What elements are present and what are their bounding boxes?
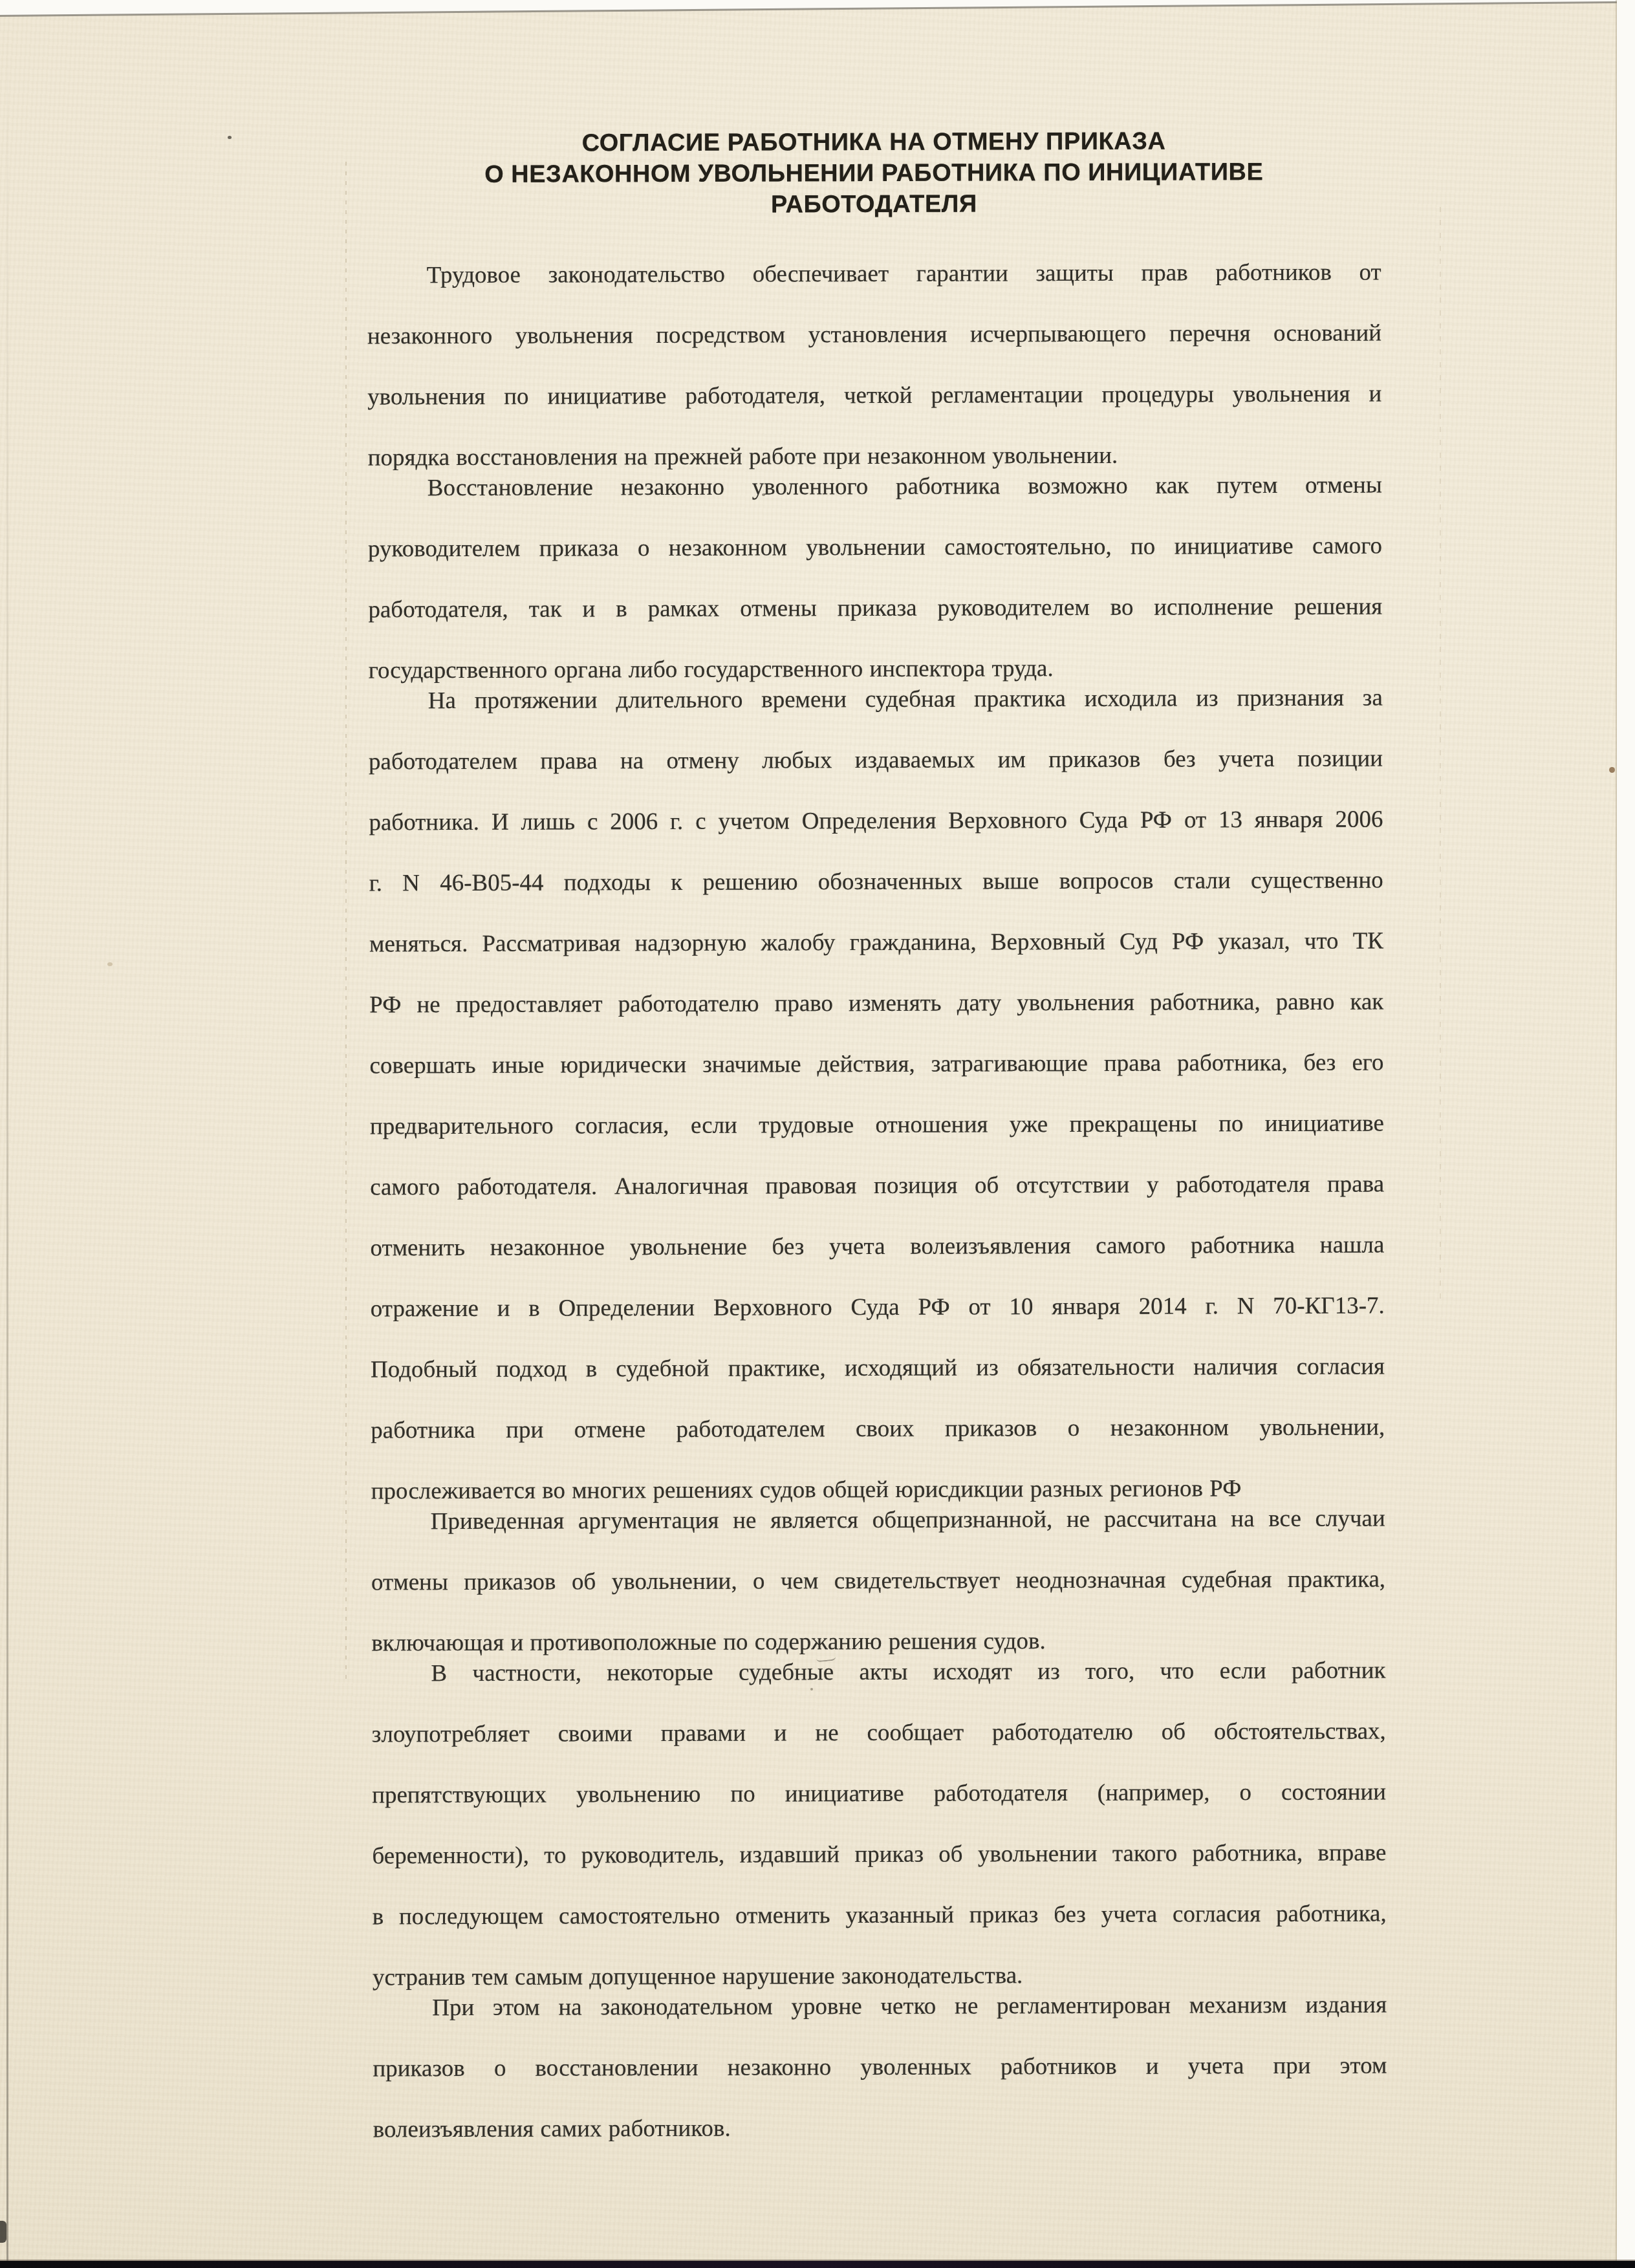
text-line: Восстановление незаконно уволенного рабо… xyxy=(368,470,1382,534)
document-content: СОГЛАСИЕ РАБОТНИКА НА ОТМЕНУ ПРИКАЗА О Н… xyxy=(367,125,1387,2145)
paper-left-edge-line xyxy=(6,0,8,2268)
text-line: На протяжении длительного времени судебн… xyxy=(369,683,1383,747)
text-line: предварительного согласия, если трудовые… xyxy=(370,1108,1384,1172)
text-line: г. N 46-В05-44 подходы к решению обознач… xyxy=(369,865,1383,929)
text-line: работодателя, так и в рамках отмены прик… xyxy=(368,592,1382,656)
text-line: меняться. Рассматривая надзорную жалобу … xyxy=(369,926,1383,990)
text-line: Трудовое законодательство обеспечивает г… xyxy=(367,257,1381,321)
text-line: порядка восстановления на прежней работе… xyxy=(368,440,1382,473)
paragraph-1: Трудовое законодательство обеспечивает г… xyxy=(367,257,1382,473)
text-line: волеизъявления самих работников. xyxy=(373,2111,1387,2145)
document-body: Трудовое законодательство обеспечивает г… xyxy=(367,257,1387,2145)
text-line: отмены приказов об увольнении, о чем сви… xyxy=(371,1564,1385,1628)
scan-edge-right xyxy=(1616,0,1635,2268)
text-line: Подобный подход в судебной практике, исх… xyxy=(371,1352,1385,1416)
paragraph-5: В частности, некоторые судебные акты исх… xyxy=(371,1656,1387,1993)
scanned-page: { "page": { "title_lines": [ "СОГЛАСИЕ Р… xyxy=(0,0,1635,2268)
paragraph-2: Восстановление незаконно уволенного рабо… xyxy=(368,470,1383,686)
text-line: включающая и противоположные по содержан… xyxy=(371,1625,1385,1659)
text-line: отражение и в Определении Верховного Суд… xyxy=(371,1291,1385,1355)
text-line: незаконного увольнения посредством устан… xyxy=(367,318,1381,382)
scan-artifact-left xyxy=(0,2221,6,2243)
text-line: самого работодателя. Аналогичная правова… xyxy=(370,1169,1384,1233)
paragraph-4: Приведенная аргументация не является общ… xyxy=(371,1504,1386,1659)
scan-edge-bottom xyxy=(0,2261,1635,2268)
paragraph-6: При этом на законодательном уровне четко… xyxy=(373,1990,1387,2145)
text-line: руководителем приказа о незаконном уволь… xyxy=(368,531,1382,595)
title-line-1: СОГЛАСИЕ РАБОТНИКА НА ОТМЕНУ ПРИКАЗА xyxy=(367,125,1381,160)
text-line: злоупотребляет своими правами и не сообщ… xyxy=(372,1716,1386,1780)
text-line: При этом на законодательном уровне четко… xyxy=(373,1990,1387,2054)
paper-crease xyxy=(1440,207,1441,1306)
title-line-2: О НЕЗАКОННОМ УВОЛЬНЕНИИ РАБОТНИКА ПО ИНИ… xyxy=(367,157,1381,191)
text-line: беременности), то руководитель, издавший… xyxy=(372,1838,1386,1902)
text-line: совершать иные юридически значимые дейст… xyxy=(369,1048,1383,1112)
text-line: РФ не предоставляет работодателю право и… xyxy=(369,987,1383,1051)
paper-crease xyxy=(345,162,347,1681)
text-line: прослеживается во многих решениях судов … xyxy=(371,1473,1385,1507)
text-line: государственного органа либо государстве… xyxy=(369,653,1383,686)
title-line-3: РАБОТОДАТЕЛЯ xyxy=(367,188,1381,222)
text-line: работодателем права на отмену любых изда… xyxy=(369,744,1383,808)
text-line: отменить незаконное увольнение без учета… xyxy=(370,1230,1384,1294)
document-title: СОГЛАСИЕ РАБОТНИКА НА ОТМЕНУ ПРИКАЗА О Н… xyxy=(367,125,1381,222)
text-line: приказов о восстановлении незаконно увол… xyxy=(373,2051,1387,2115)
paper-speck xyxy=(1609,767,1615,773)
text-line: препятствующих увольнению по инициативе … xyxy=(372,1777,1386,1841)
text-line: устранив тем самым допущенное нарушение … xyxy=(373,1960,1387,1993)
text-line: увольнения по инициативе работодателя, ч… xyxy=(367,379,1381,443)
text-line: В частности, некоторые судебные акты исх… xyxy=(371,1656,1385,1720)
paper-speck xyxy=(107,962,113,966)
text-line: работника при отмене работодателем своих… xyxy=(371,1412,1385,1476)
text-line: работника. И лишь с 2006 г. с учетом Опр… xyxy=(369,805,1383,869)
text-line: в последующем самостоятельно отменить ук… xyxy=(373,1899,1387,1963)
text-line: Приведенная аргументация не является общ… xyxy=(371,1504,1385,1568)
paper-speck xyxy=(228,136,232,139)
paragraph-3: На протяжении длительного времени судебн… xyxy=(369,683,1385,1507)
